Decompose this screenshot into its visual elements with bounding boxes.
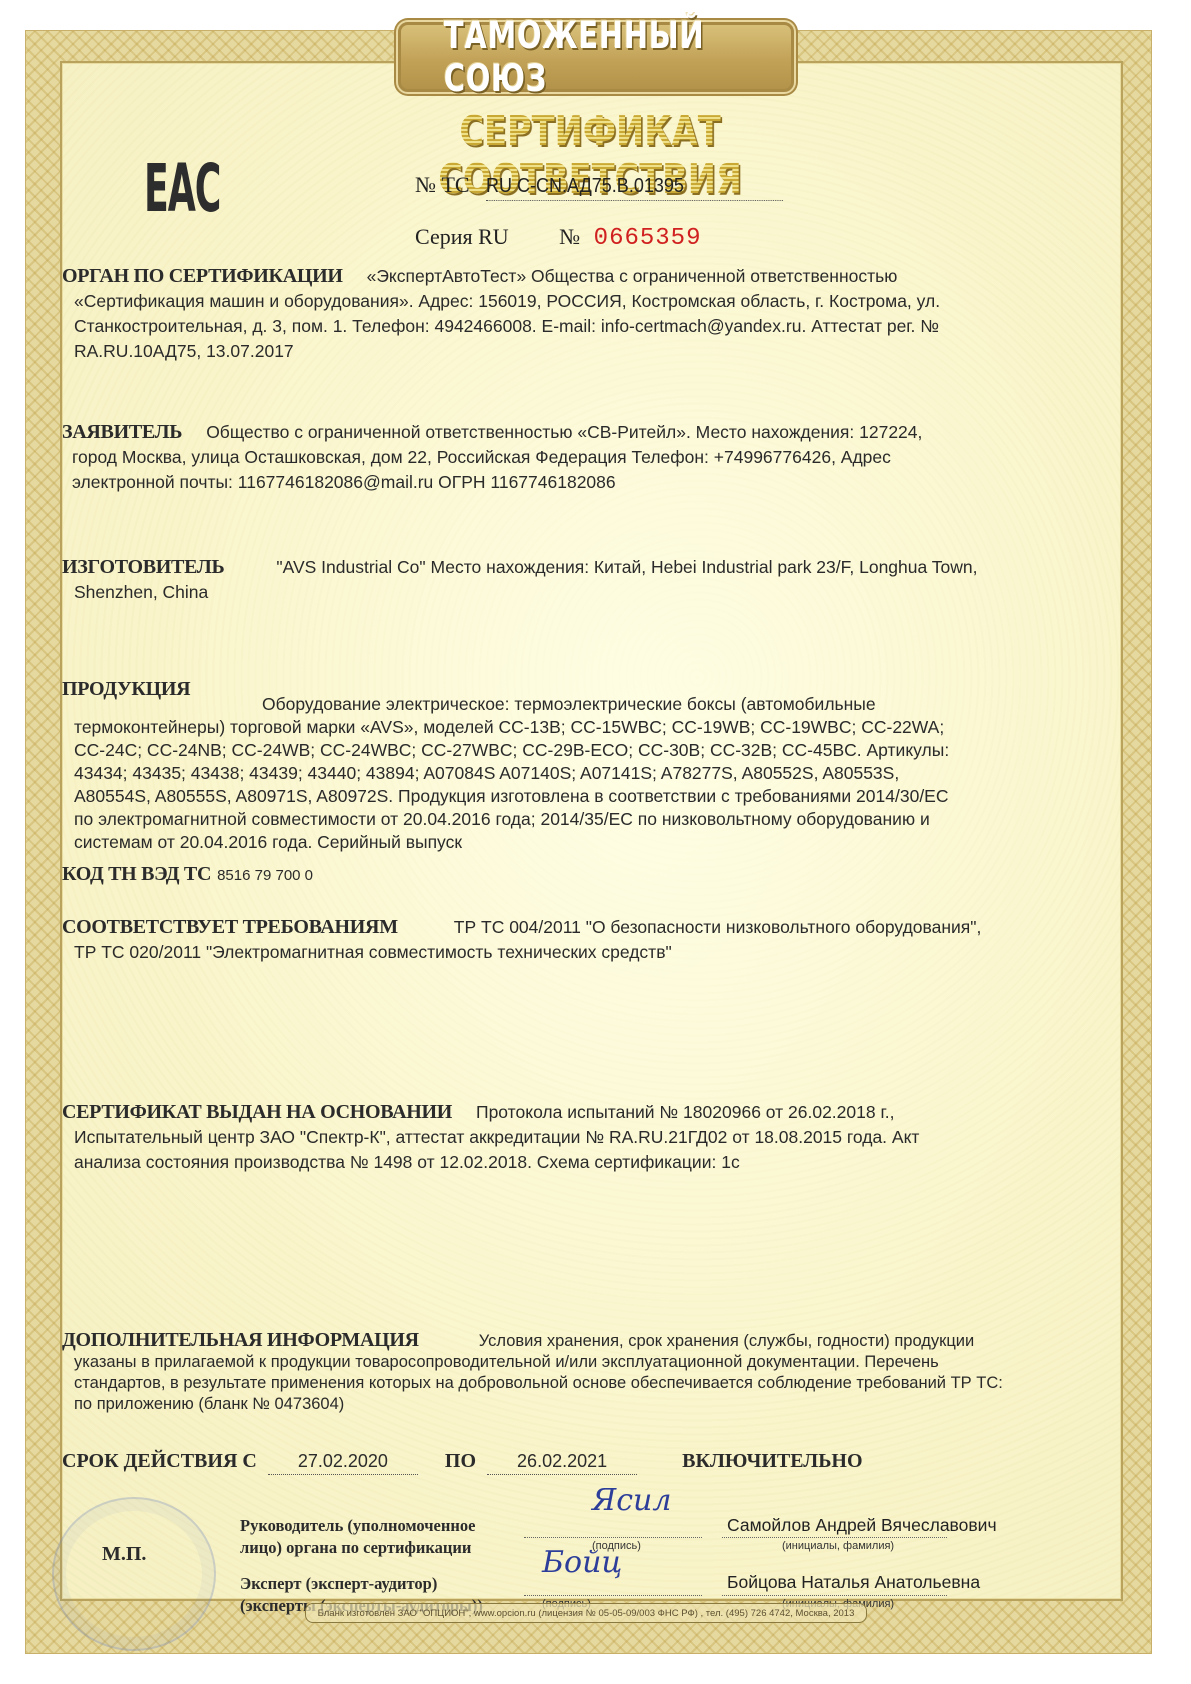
requirements-heading: СООТВЕТСТВУЕТ ТРЕБОВАНИЯМ bbox=[62, 916, 398, 938]
product-line: A80554S, A80555S, A80971S, A80972S. Прод… bbox=[62, 785, 1121, 808]
certification-body-line: Станкостроительная, д. 3, пом. 1. Телефо… bbox=[62, 314, 1121, 339]
series-label: Серия RU bbox=[415, 224, 509, 249]
section-applicant: ЗАЯВИТЕЛЬОбщество с ограниченной ответст… bbox=[62, 420, 1121, 495]
section-product: ПРОДУКЦИЯ Оборудование электрическое: те… bbox=[62, 678, 1121, 854]
seal-label: М.П. bbox=[102, 1543, 146, 1566]
validity-from-label: СРОК ДЕЙСТВИЯ С bbox=[62, 1450, 257, 1472]
requirements-line: ТР ТС 020/2011 "Электромагнитная совмест… bbox=[62, 940, 1121, 965]
expert-name-line bbox=[722, 1595, 947, 1596]
applicant-line: электронной почты: 1167746182086@mail.ru… bbox=[62, 470, 1121, 495]
additional-line: по приложению (бланк № 0473604) bbox=[62, 1394, 1121, 1415]
customs-union-title: ТАМОЖЕННЫЙ СОЮЗ bbox=[444, 14, 748, 100]
head-signature-line bbox=[524, 1537, 702, 1538]
tc-number-row: № ТС RU C-CN.АД75.В.01395 bbox=[415, 172, 816, 201]
tc-number-value: RU C-CN.АД75.В.01395 bbox=[486, 175, 783, 201]
tc-number-label: № ТС bbox=[415, 172, 470, 197]
blank-number: 0665359 bbox=[594, 225, 702, 252]
customs-union-plate: ТАМОЖЕННЫЙ СОЮЗ bbox=[398, 22, 794, 92]
head-name-caption: (инициалы, фамилия) bbox=[782, 1540, 894, 1552]
validity-row: СРОК ДЕЙСТВИЯ С 27.02.2020 ПО 26.02.2021… bbox=[62, 1450, 863, 1475]
product-line: CC-24C; CC-24NB; CC-24WB; CC-24WBC; CC-2… bbox=[62, 739, 1121, 762]
certification-body-line: «ЭкспертАвтоТест» Общества с ограниченно… bbox=[367, 266, 898, 286]
expert-role-line: Эксперт (эксперт-аудитор) bbox=[240, 1573, 483, 1595]
additional-line: стандартов, в результате применения кото… bbox=[62, 1373, 1121, 1394]
hs-code-value: 8516 79 700 0 bbox=[217, 867, 313, 884]
basis-line: Испытательный центр ЗАО "Спектр-К", атте… bbox=[62, 1125, 1121, 1150]
number-sign: № bbox=[559, 224, 580, 249]
product-line: системам от 20.04.2016 года. Серийный вы… bbox=[62, 831, 1121, 854]
series-row: Серия RU № 0665359 bbox=[415, 224, 702, 252]
certification-body-heading: ОРГАН ПО СЕРТИФИКАЦИИ bbox=[62, 265, 343, 287]
section-hs-code: КОД ТН ВЭД ТС8516 79 700 0 bbox=[62, 862, 1121, 888]
printer-note: Бланк изготовлен ЗАО "ОПЦИОН", www.opcio… bbox=[305, 1603, 867, 1623]
head-name-line bbox=[722, 1537, 947, 1538]
expert-signature-line bbox=[524, 1595, 702, 1596]
manufacturer-line: Shenzhen, China bbox=[62, 580, 1121, 605]
product-heading: ПРОДУКЦИЯ bbox=[62, 678, 190, 700]
basis-heading: СЕРТИФИКАТ ВЫДАН НА ОСНОВАНИИ bbox=[62, 1101, 452, 1123]
head-role-line: Руководитель (уполномоченное bbox=[240, 1515, 475, 1537]
additional-heading: ДОПОЛНИТЕЛЬНАЯ ИНФОРМАЦИЯ bbox=[62, 1329, 419, 1351]
product-line: Оборудование электрическое: термоэлектри… bbox=[62, 693, 1121, 716]
head-name: Самойлов Андрей Вячеславович bbox=[727, 1515, 997, 1536]
certification-body-line: «Сертификация машин и оборудования». Адр… bbox=[62, 289, 1121, 314]
applicant-line: город Москва, улица Осташковская, дом 22… bbox=[62, 445, 1121, 470]
hs-code-heading: КОД ТН ВЭД ТС bbox=[62, 863, 211, 885]
applicant-line: Общество с ограниченной ответственностью… bbox=[206, 422, 922, 442]
applicant-heading: ЗАЯВИТЕЛЬ bbox=[62, 421, 182, 443]
product-line: 43434; 43435; 43438; 43439; 43440; 43894… bbox=[62, 762, 1121, 785]
section-basis: СЕРТИФИКАТ ВЫДАН НА ОСНОВАНИИПротокола и… bbox=[62, 1100, 1121, 1175]
section-certification-body: ОРГАН ПО СЕРТИФИКАЦИИ«ЭкспертАвтоТест» О… bbox=[62, 264, 1121, 364]
certification-body-line: RA.RU.10АД75, 13.07.2017 bbox=[62, 339, 1121, 364]
section-additional: ДОПОЛНИТЕЛЬНАЯ ИНФОРМАЦИЯУсловия хранени… bbox=[62, 1330, 1121, 1415]
validity-to-label: ПО bbox=[445, 1450, 476, 1472]
section-manufacturer: ИЗГОТОВИТЕЛЬ"AVS Industrial Co" Место на… bbox=[62, 555, 1121, 605]
additional-line: указаны в прилагаемой к продукции товаро… bbox=[62, 1352, 1121, 1373]
head-role-line: лицо) органа по сертификации bbox=[240, 1537, 475, 1559]
manufacturer-heading: ИЗГОТОВИТЕЛЬ bbox=[62, 556, 224, 578]
basis-line: анализа состояния производства № 1498 от… bbox=[62, 1150, 1121, 1175]
manufacturer-line: "AVS Industrial Co" Место нахождения: Ки… bbox=[276, 557, 977, 577]
section-requirements: СООТВЕТСТВУЕТ ТРЕБОВАНИЯМТР ТС 004/2011 … bbox=[62, 915, 1121, 965]
additional-line: Условия хранения, срок хранения (службы,… bbox=[479, 1332, 975, 1350]
expert-signature: Бойц bbox=[542, 1545, 622, 1580]
head-signature: Ясил bbox=[592, 1483, 671, 1518]
validity-inclusive-label: ВКЛЮЧИТЕЛЬНО bbox=[682, 1450, 862, 1472]
seal-stamp-icon bbox=[52, 1497, 216, 1651]
validity-date-from: 27.02.2020 bbox=[268, 1451, 418, 1475]
product-line: термоконтейнеры) торговой марки «AVS», м… bbox=[62, 716, 1121, 739]
expert-name: Бойцова Наталья Анатольевна bbox=[727, 1572, 980, 1593]
validity-date-to: 26.02.2021 bbox=[487, 1451, 637, 1475]
requirements-line: ТР ТС 004/2011 "О безопасности низковоль… bbox=[454, 917, 982, 937]
head-role: Руководитель (уполномоченное лицо) орган… bbox=[240, 1515, 475, 1559]
basis-line: Протокола испытаний № 18020966 от 26.02.… bbox=[476, 1102, 894, 1122]
product-line: по электромагнитной совместимости от 20.… bbox=[62, 808, 1121, 831]
eac-mark-icon: ЕАС bbox=[144, 150, 220, 227]
